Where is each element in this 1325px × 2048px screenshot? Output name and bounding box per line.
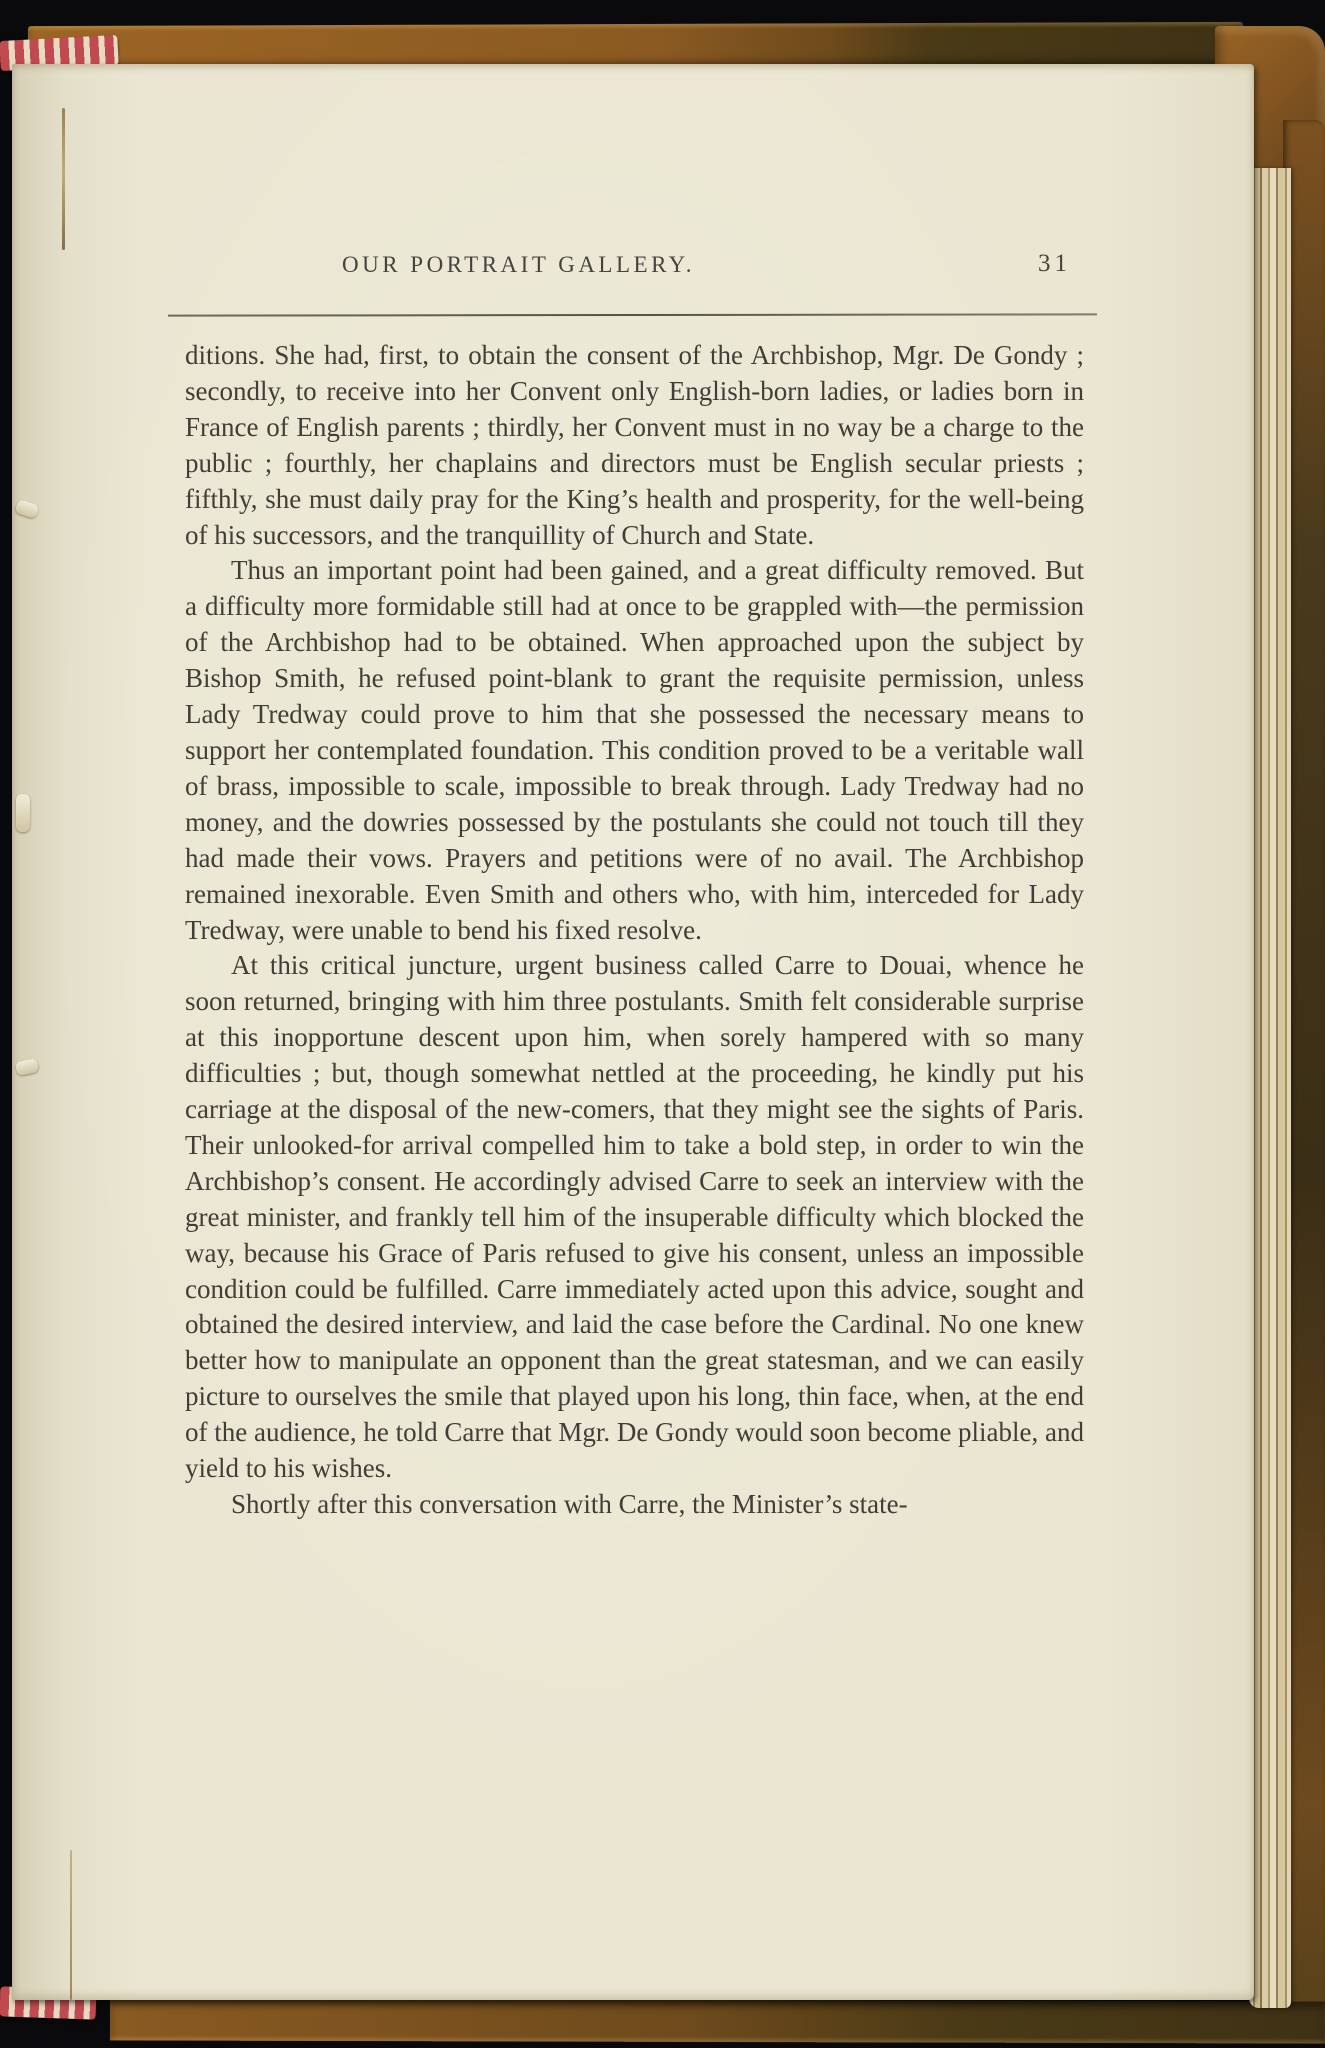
book-page: OUR PORTRAIT GALLERY. 31 ditions. She ha…	[12, 64, 1254, 2000]
binding-stitch	[15, 1058, 39, 1076]
binding-thread-top	[62, 108, 65, 250]
page-number: 31	[1038, 250, 1071, 278]
text-block: ditions. She had, first, to obtain the c…	[185, 338, 1084, 1523]
photo-background: OUR PORTRAIT GALLERY. 31 ditions. She ha…	[0, 0, 1325, 2048]
page-stack-edges	[1249, 168, 1291, 2008]
paragraph: Shortly after this conversation with Car…	[185, 1487, 1084, 1523]
binding-stitch	[16, 794, 30, 832]
binding-stitch	[14, 499, 39, 519]
paragraph: At this critical juncture, urgent busine…	[185, 948, 1084, 1487]
book-cover-top-edge	[28, 22, 1243, 70]
paragraph: Thus an important point had been gained,…	[185, 553, 1084, 948]
book-cover-bottom-edge	[110, 1998, 1325, 2043]
running-head: OUR PORTRAIT GALLERY.	[342, 252, 695, 278]
binding-thread-bottom	[70, 1850, 72, 2000]
paragraph: ditions. She had, first, to obtain the c…	[185, 338, 1084, 553]
header-rule	[168, 313, 1097, 316]
